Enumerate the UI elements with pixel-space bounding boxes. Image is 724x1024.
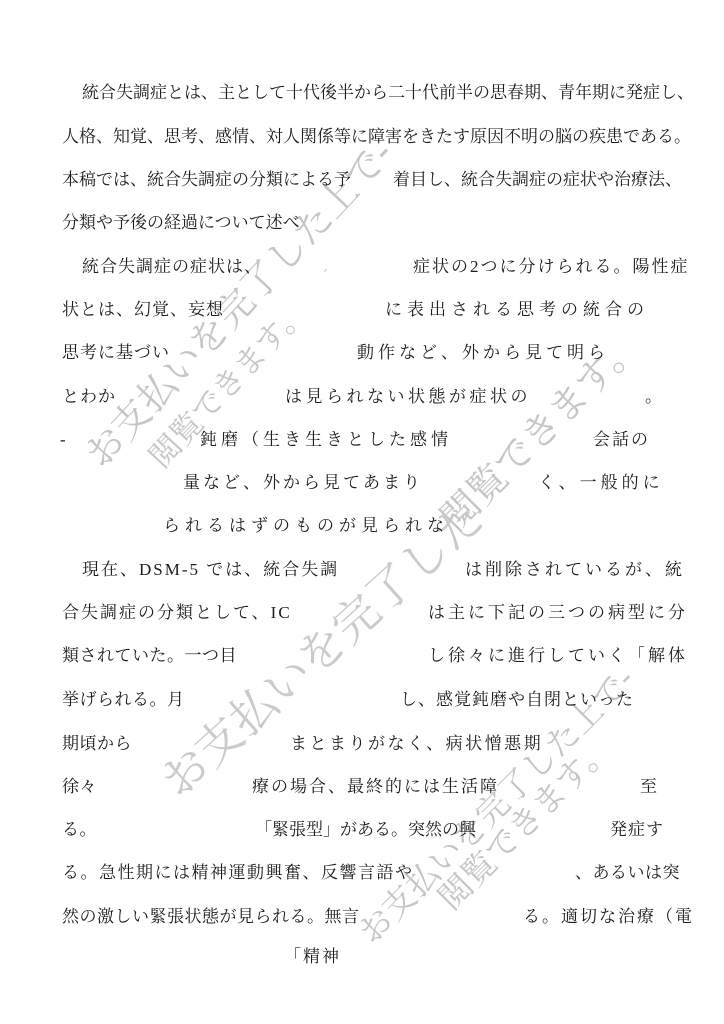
text-line: 人格、知覚、思考、感情、対人関係等に障害をきたす原因不明の脳の疾患である。 (0, 126, 724, 150)
text-fragment: 「精神 (284, 946, 341, 968)
text-fragment: 、あるいは突 (575, 862, 680, 884)
text-fragment: 徐々 (62, 776, 97, 798)
text-line: -鈍磨（生き生きとした感情会話の (0, 429, 724, 453)
text-line: 期頃からまとまりがなく、病状憎悪期 (0, 733, 724, 757)
text-fragment: る。 (62, 819, 97, 841)
text-fragment: し、感覚鈍磨や自閉といった (400, 689, 634, 711)
text-fragment: 然の激しい緊張状態が見られる。無言 (62, 906, 360, 928)
text-fragment: 着目し、統合失調症の症状や治療法、 (393, 169, 682, 191)
text-fragment: - (60, 429, 66, 451)
text-fragment: は主に下記の三つの病型に分 (428, 602, 688, 624)
text-fragment: 分類や予後の経過について述べ (62, 212, 300, 234)
text-line: 状とは、幻覚、妄想に表出される思考の統合の (0, 299, 724, 323)
text-line: 徐々療の場合、最終的には生活障至 (0, 776, 724, 800)
text-fragment: 療の場合、最終的には生活障 (252, 776, 499, 798)
text-fragment: は削除されているが、統 (465, 559, 685, 581)
text-fragment: 症状の2つに分けられる。陽性症 (413, 256, 690, 278)
text-line: 然の激しい緊張状態が見られる。無言る。適切な治療（電 (0, 906, 724, 930)
text-line: 統合失調症の症状は、症状の2つに分けられる。陽性症 (0, 256, 724, 280)
text-fragment: 期頃から (62, 733, 132, 755)
text-fragment: 。 (645, 386, 662, 408)
text-fragment: 会話の (593, 429, 650, 451)
text-line: 「精神 (0, 946, 724, 970)
text-fragment: 本稿では、統合失調症の分類による予 (62, 169, 351, 191)
text-fragment: 現在、DSM-5 では、統合失調 (82, 559, 339, 581)
text-line: る。急性期には精神運動興奮、反響言語や、あるいは突 (0, 862, 724, 886)
text-fragment: 統合失調症とは、主として十代後半から二十代前半の思春期、青年期に発症し、 (82, 82, 694, 104)
document-page: お支払いを完了した上で-閲覧できます。お支払いを完了した閲覧できます。お支払いを… (0, 0, 724, 1024)
text-fragment: 量など、外から見てあまり (183, 472, 423, 494)
text-fragment: 至 (640, 776, 657, 798)
text-line: 分類や予後の経過について述べ (0, 212, 724, 236)
text-line: 思考に基づい動作など、外から見て明ら (0, 342, 724, 366)
text-fragment: 人格、知覚、思考、感情、対人関係等に障害をきたす原因不明の脳の疾患である。 (62, 126, 691, 148)
text-fragment: る。適切な治療（電 (523, 906, 694, 928)
text-line: 合失調症の分類として、ICは主に下記の三つの病型に分 (0, 602, 724, 626)
text-fragment: 統合失調症の症状は、 (82, 256, 262, 278)
text-fragment: 「緊張型」がある。突然の興 (255, 819, 476, 841)
text-line: られるはずのものが見られな (0, 515, 724, 539)
text-fragment: 状とは、幻覚、妄想 (62, 299, 224, 321)
text-line: 現在、DSM-5 では、統合失調は削除されているが、統 (0, 559, 724, 583)
text-fragment: 挙げられる。月 (62, 689, 185, 711)
text-line: とわかは見られない状態が症状の。 (0, 386, 724, 410)
text-fragment: 類されていた。一つ目 (62, 645, 237, 667)
text-fragment: る。急性期には精神運動興奮、反響言語や (62, 862, 414, 884)
text-fragment: に表出される思考の統合の (385, 299, 649, 321)
text-line: 類されていた。一つ目し徐々に進行していく「解体 (0, 645, 724, 669)
text-fragment: 合失調症の分類として、IC (62, 602, 292, 624)
text-line: 挙げられる。月し、感覚鈍磨や自閉といった (0, 689, 724, 713)
text-fragment: 鈍磨（生き生きとした感情 (200, 429, 452, 451)
text-fragment: 思考に基づい (62, 342, 170, 364)
text-fragment: し徐々に進行していく「解体 (428, 645, 688, 667)
text-fragment: は見られない状態が症状の (285, 386, 531, 408)
text-line: 統合失調症とは、主として十代後半から二十代前半の思春期、青年期に発症し、 (0, 82, 724, 106)
text-fragment: とわか (62, 386, 116, 408)
text-fragment: く、一般的に (538, 472, 664, 494)
text-fragment: 発症す (610, 819, 664, 841)
text-line: る。「緊張型」がある。突然の興発症す (0, 819, 724, 843)
text-fragment: 動作など、外から見て明ら (357, 342, 609, 364)
text-line: 本稿では、統合失調症の分類による予着目し、統合失調症の症状や治療法、 (0, 169, 724, 193)
text-line: 量など、外から見てあまりく、一般的に (0, 472, 724, 496)
text-fragment: まとまりがなく、病状憎悪期 (290, 733, 543, 755)
text-fragment: られるはずのものが見られな (163, 515, 449, 537)
